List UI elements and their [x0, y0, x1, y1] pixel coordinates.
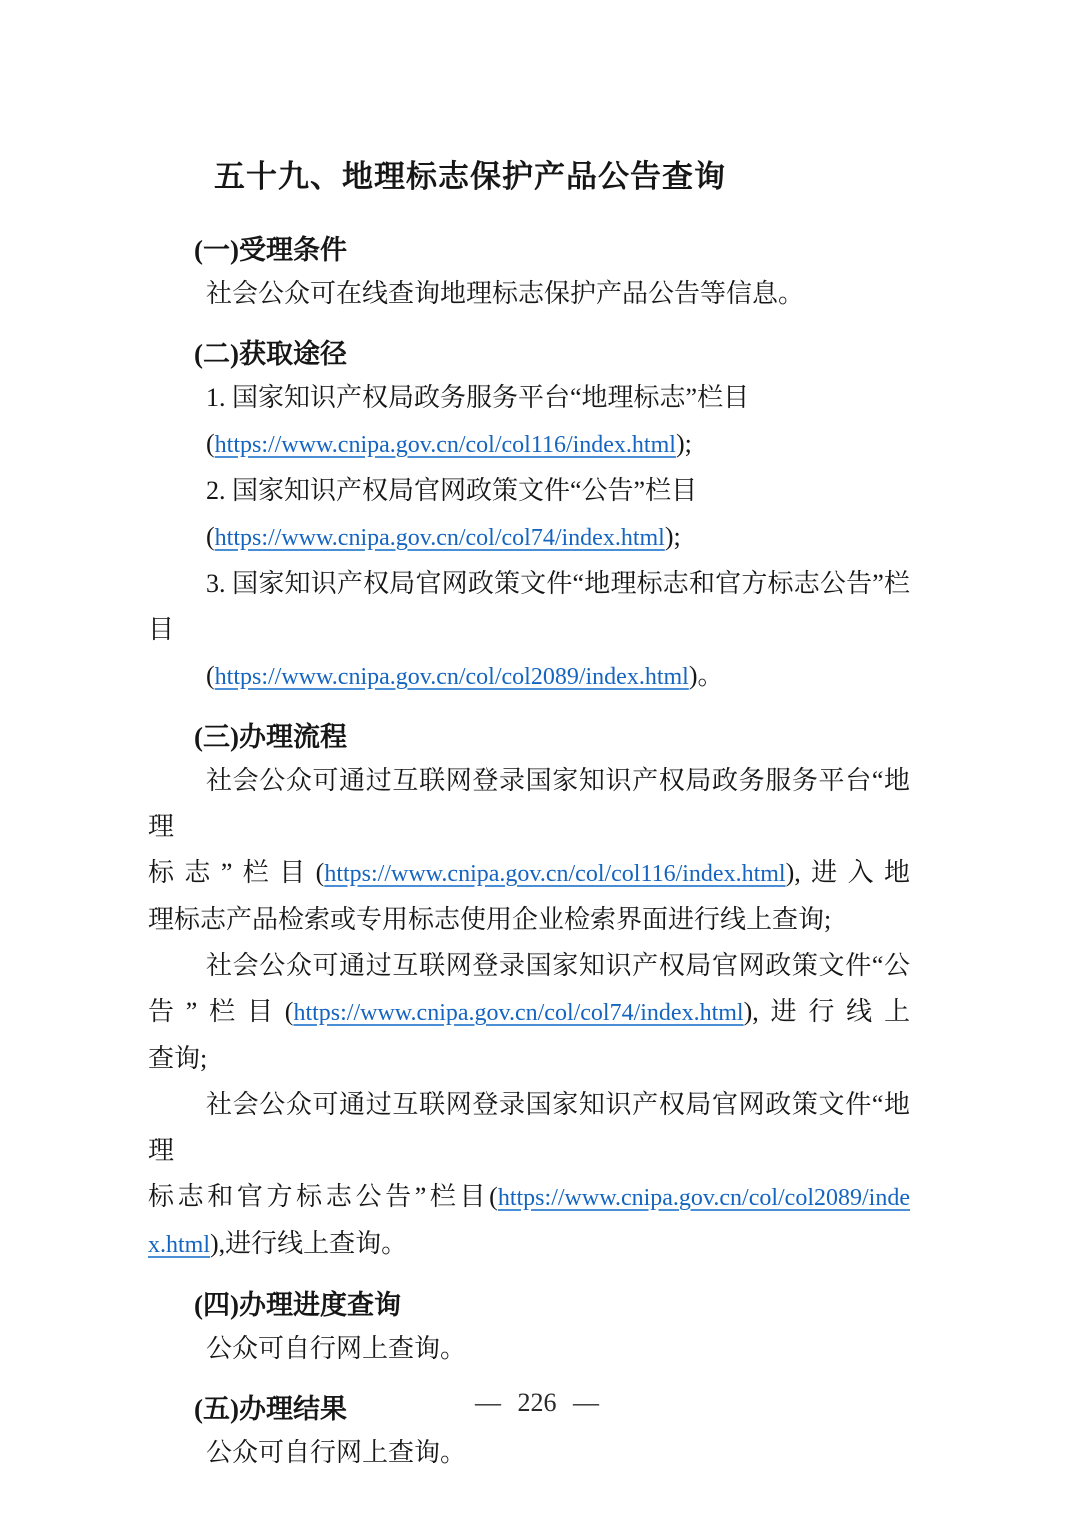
paragraph-line: 理标志产品检索或专用标志使用企业检索界面进行线上查询; [148, 897, 910, 943]
section-handling-process: (三)办理流程 社会公众可通过互联网登录国家知识产权局政务服务平台“地理 标志”… [148, 716, 910, 1268]
link-prefix: ( [206, 429, 215, 458]
link-suffix: )。 [689, 661, 724, 690]
link-suffix: ); [665, 522, 681, 551]
document-page: 五十九、地理标志保护产品公告查询 (一)受理条件 社会公众可在线查询地理标志保护… [0, 0, 1074, 1520]
link-line: x.html),进行线上查询。 [148, 1221, 910, 1268]
link-prefix: ( [206, 522, 215, 551]
paragraph-line: 社会公众可通过互联网登录国家知识产权局官网政策文件“公 [148, 943, 910, 989]
link-suffix: ),进入地 [786, 858, 910, 887]
section-heading: (三)办理流程 [148, 716, 910, 758]
page-number: — 226 — [0, 1386, 1074, 1420]
link-line: 标志和官方标志公告”栏目(https://www.cnipa.gov.cn/co… [148, 1174, 910, 1221]
wrapped-char-line: 目 [148, 607, 910, 653]
link-prefix: 标志”栏目( [148, 858, 324, 887]
paragraph-line: 公众可自行网上查询。 [148, 1326, 910, 1372]
paragraph-line: 社会公众可通过互联网登录国家知识产权局官网政策文件“地理 [148, 1082, 910, 1174]
cnipa-col74-link[interactable]: https://www.cnipa.gov.cn/col/col74/index… [293, 1000, 743, 1026]
section-access-channels: (二)获取途径 1. 国家知识产权局政务服务平台“地理标志”栏目 (https:… [148, 333, 910, 700]
cnipa-col74-link[interactable]: https://www.cnipa.gov.cn/col/col74/index… [215, 525, 665, 551]
section-heading: (二)获取途径 [148, 333, 910, 375]
section-progress-inquiry: (四)办理进度查询 公众可自行网上查询。 [148, 1284, 910, 1372]
link-suffix: ),进行线上 [744, 997, 910, 1026]
paragraph-line: 社会公众可通过互联网登录国家知识产权局政务服务平台“地理 [148, 758, 910, 850]
section-heading: (一)受理条件 [148, 229, 910, 271]
link-prefix: 告”栏目( [148, 997, 293, 1026]
link-prefix: ( [206, 661, 215, 690]
link-suffix: ),进行线上查询。 [210, 1229, 407, 1258]
page-title: 五十九、地理标志保护产品公告查询 [148, 155, 910, 199]
cnipa-col2089-link-part2[interactable]: x.html [148, 1232, 210, 1258]
link-line: (https://www.cnipa.gov.cn/col/col116/ind… [148, 421, 910, 468]
section-acceptance-conditions: (一)受理条件 社会公众可在线查询地理标志保护产品公告等信息。 [148, 229, 910, 317]
cnipa-col2089-link[interactable]: https://www.cnipa.gov.cn/col/col2089/ind… [215, 664, 689, 690]
cnipa-col2089-link-part1[interactable]: https://www.cnipa.gov.cn/col/col2089/ind… [498, 1185, 910, 1211]
paragraph-line: 社会公众可在线查询地理标志保护产品公告等信息。 [148, 271, 910, 317]
cnipa-col116-link[interactable]: https://www.cnipa.gov.cn/col/col116/inde… [324, 861, 785, 887]
link-line: (https://www.cnipa.gov.cn/col/col74/inde… [148, 514, 910, 561]
link-line: 标志”栏目(https://www.cnipa.gov.cn/col/col11… [148, 850, 910, 897]
cnipa-col116-link[interactable]: https://www.cnipa.gov.cn/col/col116/inde… [215, 432, 676, 458]
link-line: 告”栏目(https://www.cnipa.gov.cn/col/col74/… [148, 989, 910, 1036]
link-prefix: 标志和官方标志公告”栏目( [148, 1182, 498, 1211]
section-heading: (四)办理进度查询 [148, 1284, 910, 1326]
link-line: (https://www.cnipa.gov.cn/col/col2089/in… [148, 653, 910, 700]
paragraph-line: 公众可自行网上查询。 [148, 1430, 910, 1476]
list-item: 3. 国家知识产权局官网政策文件“地理标志和官方标志公告”栏 [148, 561, 910, 607]
list-item: 1. 国家知识产权局政务服务平台“地理标志”栏目 [148, 375, 910, 421]
document-content: 五十九、地理标志保护产品公告查询 (一)受理条件 社会公众可在线查询地理标志保护… [148, 155, 910, 1476]
link-suffix: ); [676, 429, 692, 458]
paragraph-line: 查询; [148, 1036, 910, 1082]
list-item: 2. 国家知识产权局官网政策文件“公告”栏目 [148, 468, 910, 514]
